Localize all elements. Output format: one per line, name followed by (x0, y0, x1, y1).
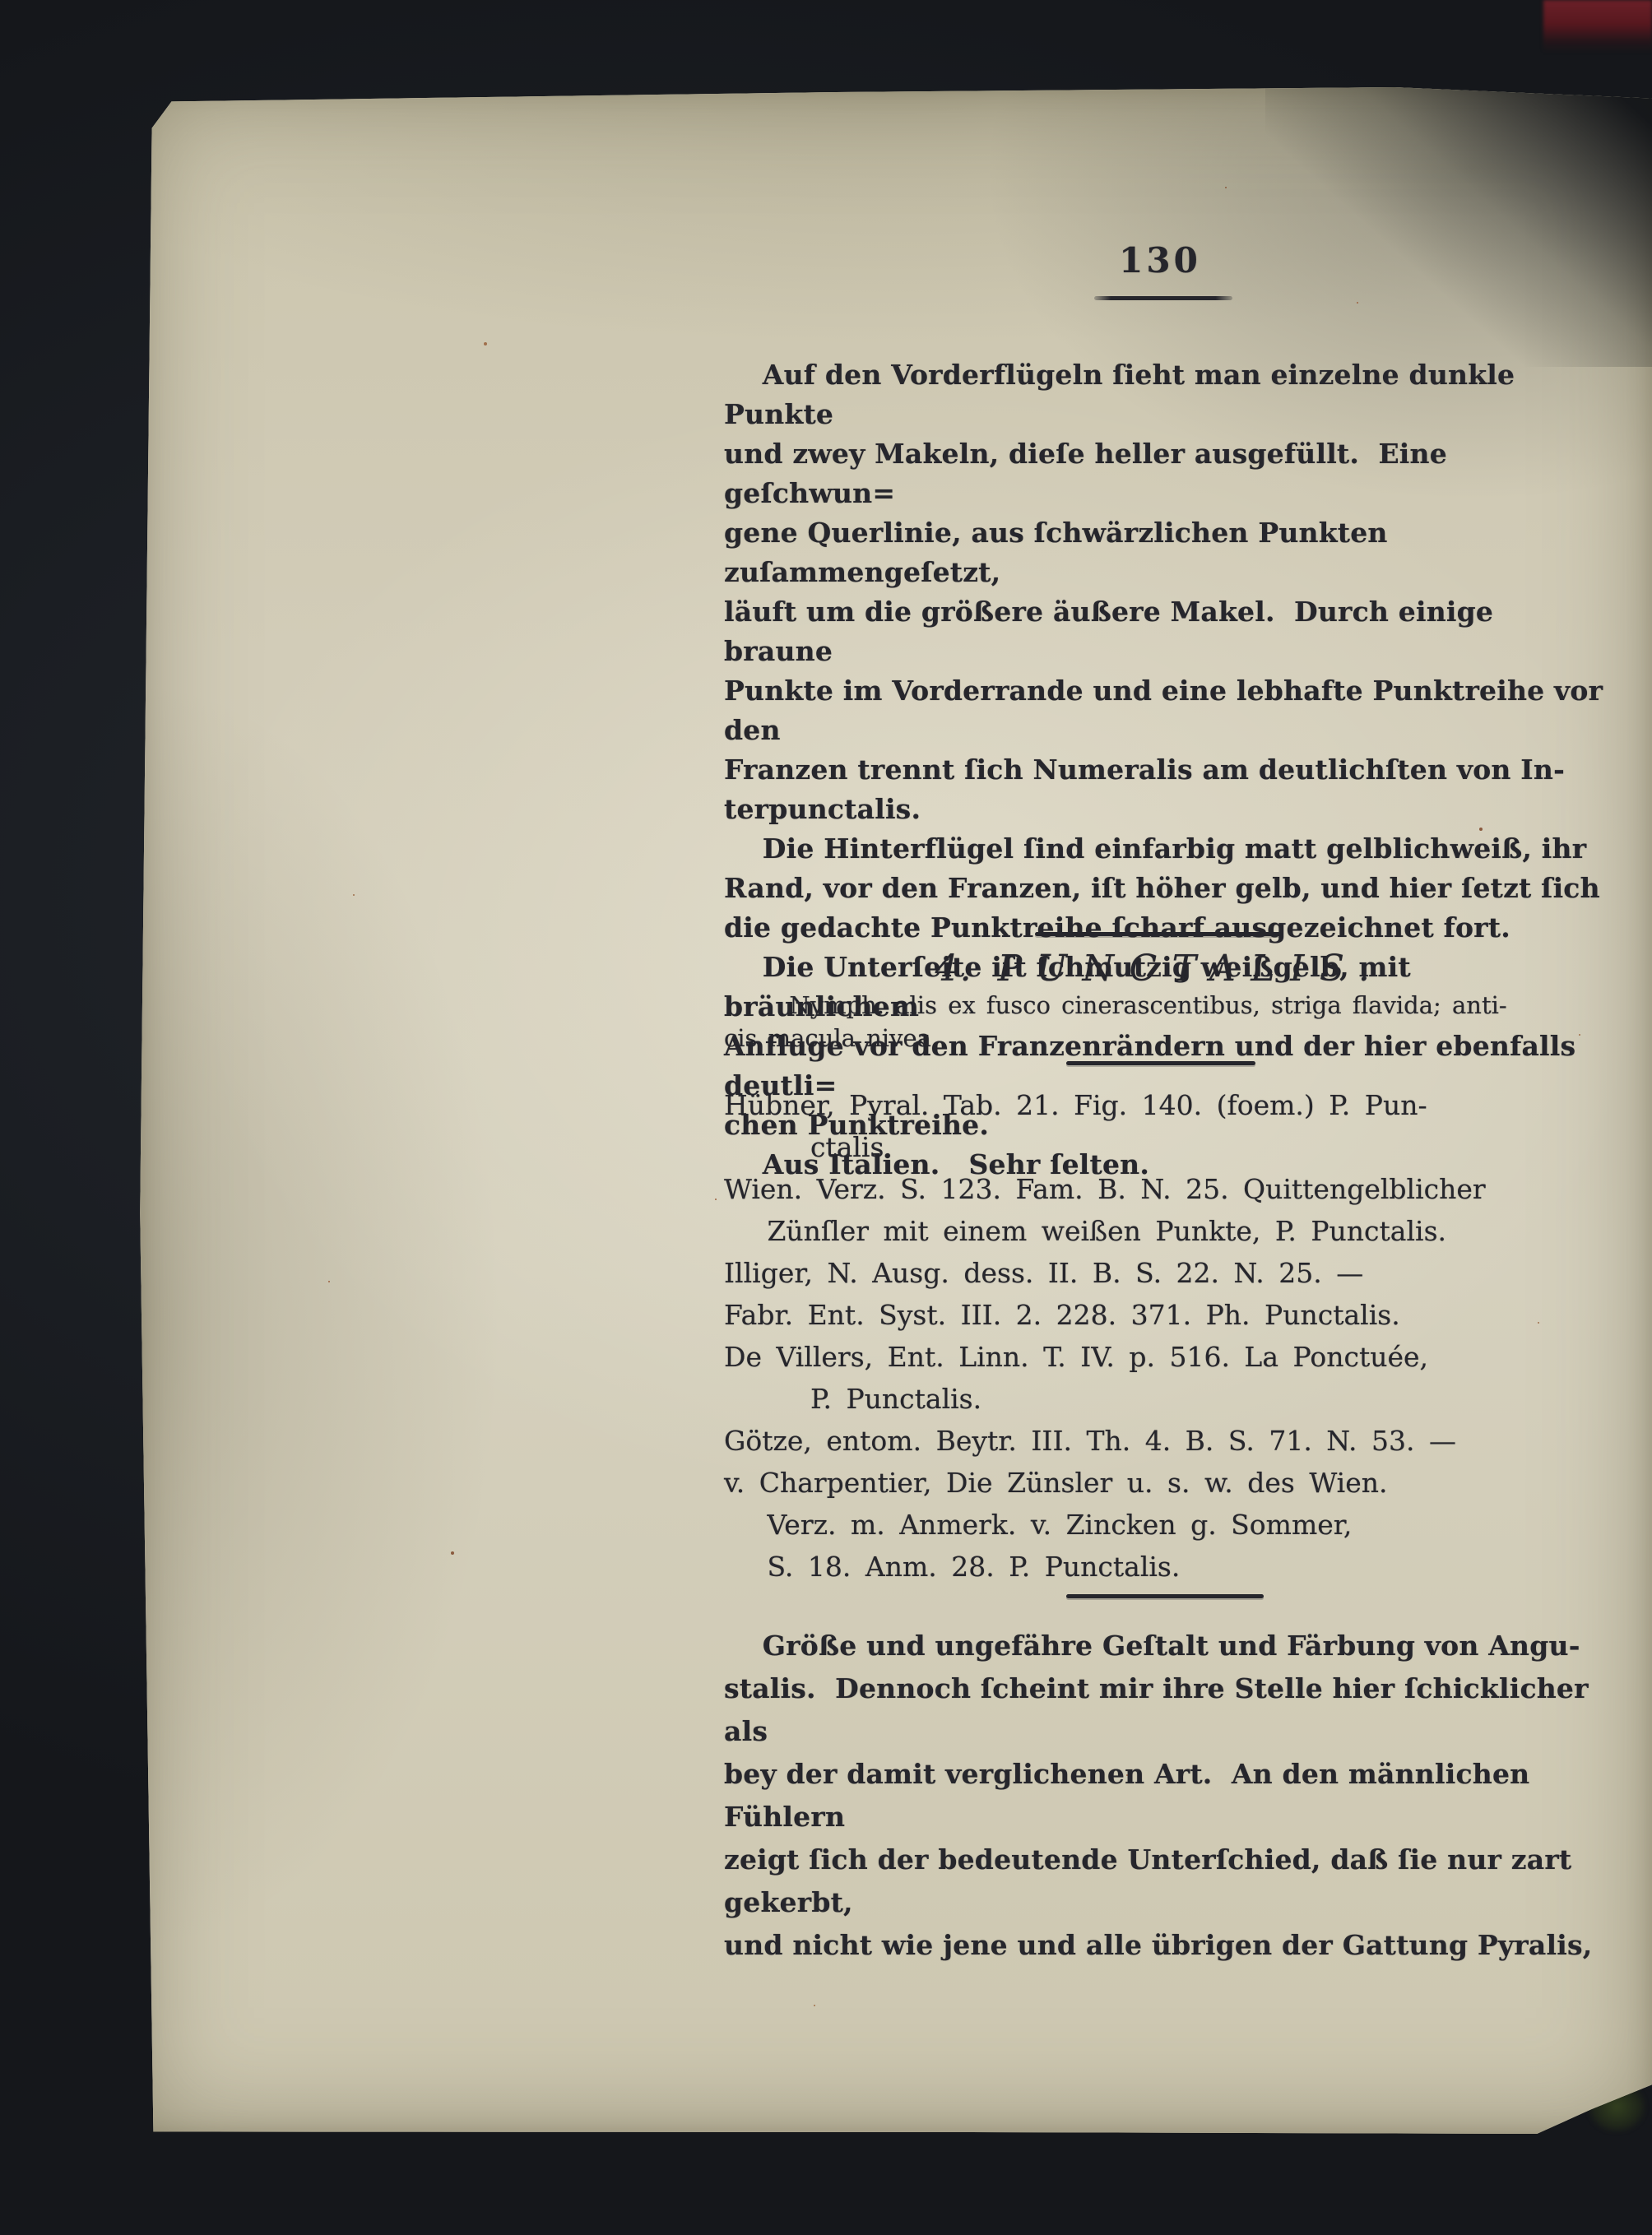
page-number-rule (1094, 296, 1232, 300)
book-page: 130 Auf den Vorderflügeln ſieht man einz… (138, 87, 1652, 2134)
page-number: 130 (724, 240, 1596, 281)
species-name: PUNCTALIS. (998, 948, 1385, 990)
page-corner-shadow (1265, 87, 1652, 367)
section-divider-1 (1035, 932, 1282, 936)
scan-background: 130 Auf den Vorderflügeln ſieht man einz… (0, 0, 1652, 2235)
paper-speckles (138, 87, 142, 90)
species-number: 4. (935, 948, 973, 990)
binding-edge (1543, 0, 1652, 53)
section-divider-2 (1066, 1061, 1255, 1065)
closing-paragraph: Größe und ungefähre Geſtalt und Färbung … (724, 1625, 1606, 1967)
description-paragraphs: Auf den Vorderflügeln ſieht man einzelne… (724, 355, 1606, 1185)
species-heading: 4.PUNCTALIS. (724, 948, 1596, 990)
section-divider-3 (1066, 1594, 1264, 1598)
latin-diagnosis: Nymph. alis ex fusco cinerascentibus, st… (724, 989, 1606, 1055)
references-list: Hübner, Pyral. Tab. 21. Fig. 140. (foem.… (724, 1084, 1606, 1588)
